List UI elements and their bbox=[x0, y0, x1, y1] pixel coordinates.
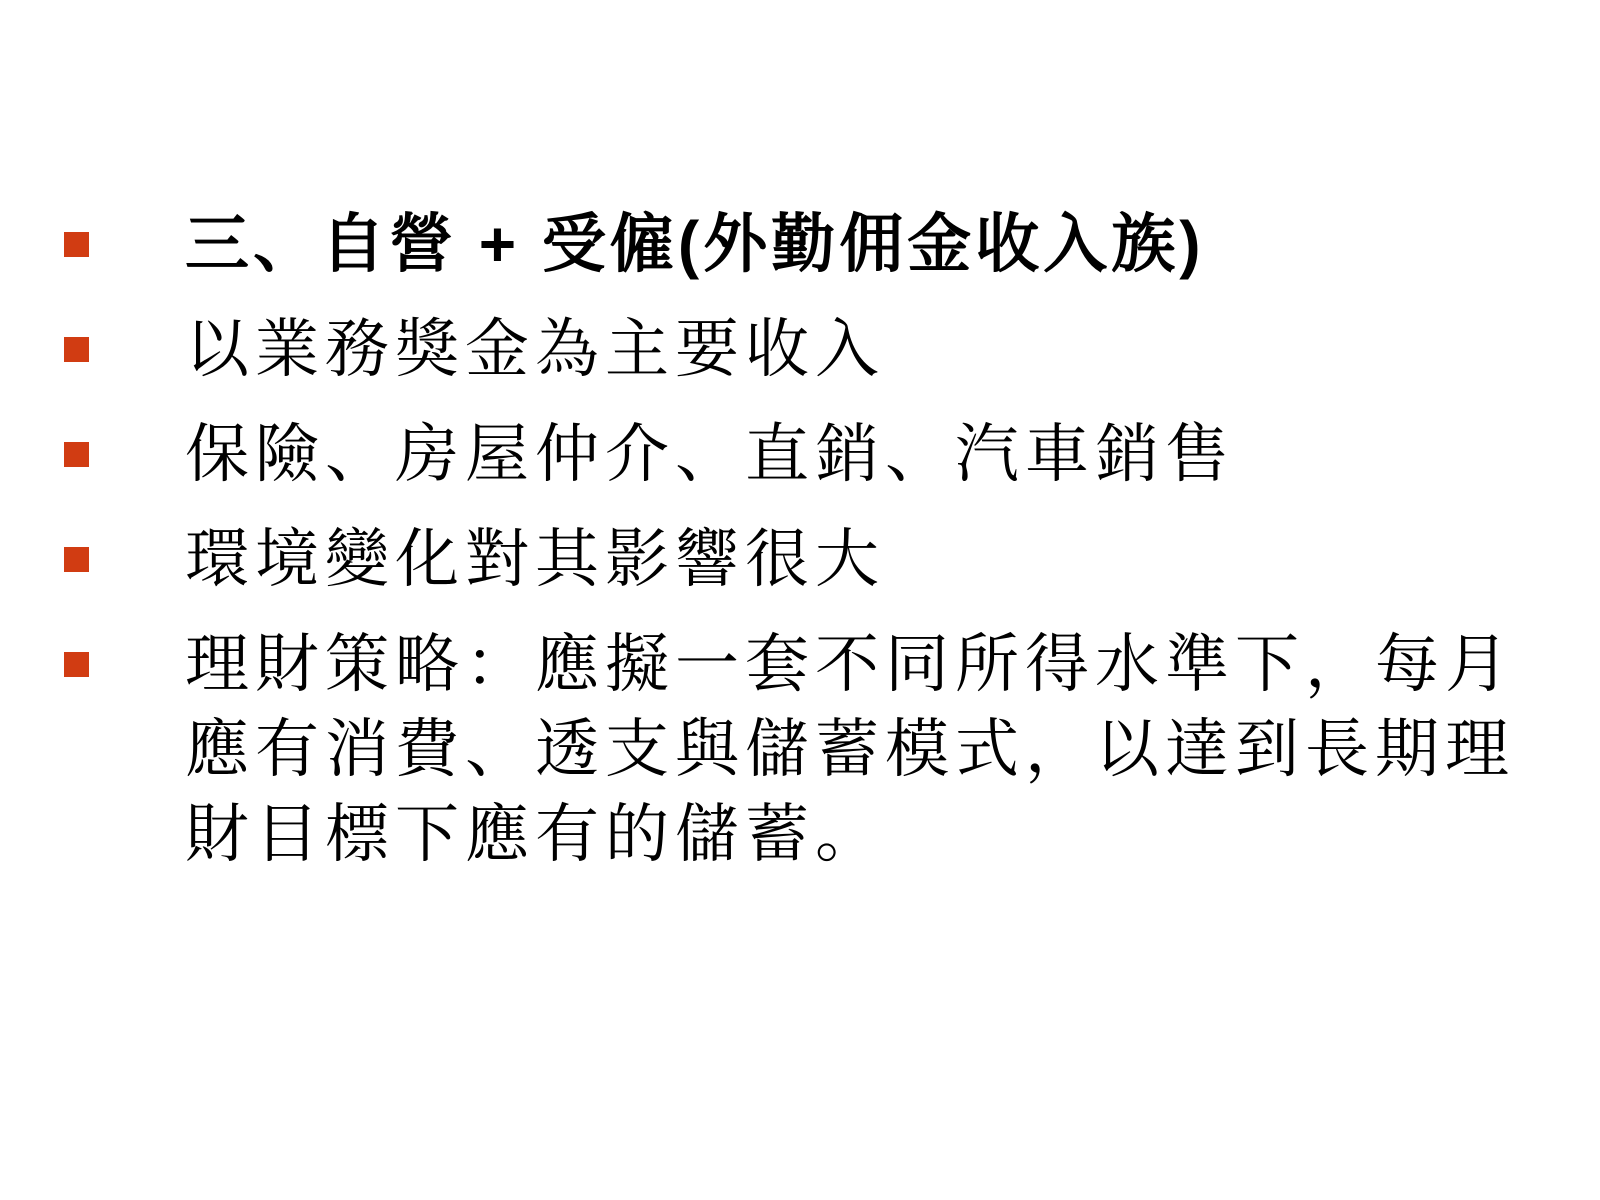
slide-title: 三、自營 + 受僱(外勤佣金收入族) bbox=[185, 202, 1205, 287]
list-item: 理財策略：應擬一套不同所得水準下，每月 應有消費、透支與儲蓄模式，以達到長期理 … bbox=[64, 622, 1556, 877]
list-item-text: 理財策略：應擬一套不同所得水準下，每月 應有消費、透支與儲蓄模式，以達到長期理 … bbox=[185, 622, 1515, 877]
bullet-list: 三、自營 + 受僱(外勤佣金收入族) 以業務獎金為主要收入 保險、房屋仲介、直銷… bbox=[64, 202, 1556, 897]
list-item-text: 環境變化對其影響很大 bbox=[185, 517, 885, 602]
bullet-square-icon bbox=[64, 652, 89, 677]
list-item: 環境變化對其影響很大 bbox=[64, 517, 1556, 602]
list-item-text: 保險、房屋仲介、直銷、汽車銷售 bbox=[185, 412, 1235, 497]
bullet-square-icon bbox=[64, 442, 89, 467]
list-item: 保險、房屋仲介、直銷、汽車銷售 bbox=[64, 412, 1556, 497]
bullet-square-icon bbox=[64, 232, 89, 257]
bullet-square-icon bbox=[64, 547, 89, 572]
slide: 三、自營 + 受僱(外勤佣金收入族) 以業務獎金為主要收入 保險、房屋仲介、直銷… bbox=[0, 0, 1600, 1200]
list-item: 以業務獎金為主要收入 bbox=[64, 307, 1556, 392]
list-item: 三、自營 + 受僱(外勤佣金收入族) bbox=[64, 202, 1556, 287]
bullet-square-icon bbox=[64, 337, 89, 362]
list-item-text: 以業務獎金為主要收入 bbox=[185, 307, 885, 392]
